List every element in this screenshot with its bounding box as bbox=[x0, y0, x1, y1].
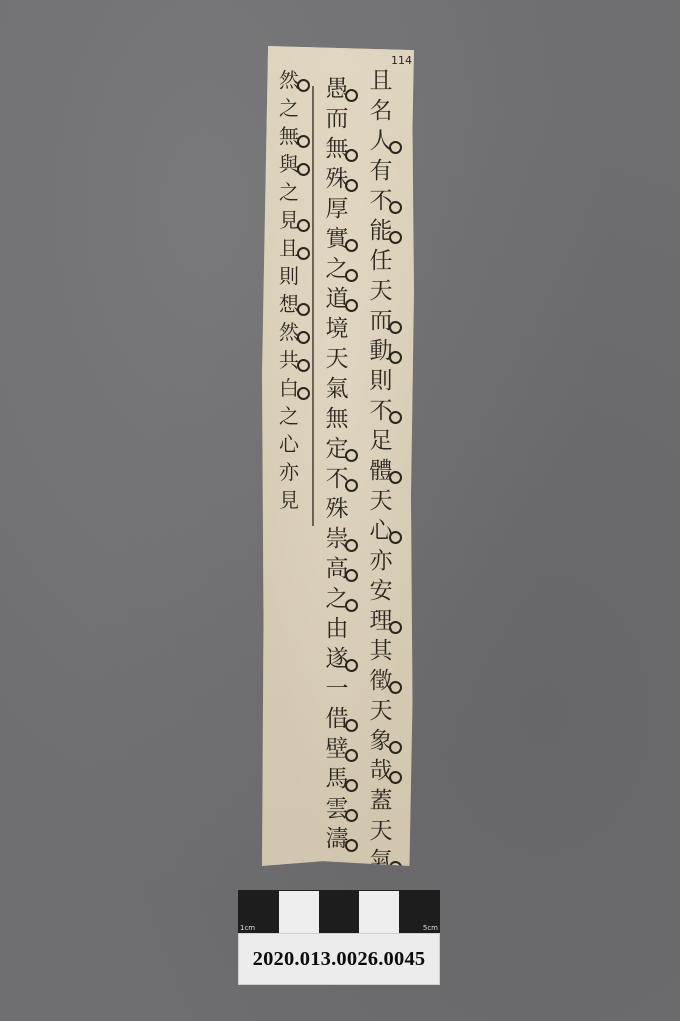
manuscript-character: 不 bbox=[366, 396, 396, 426]
manuscript-character: 且 bbox=[274, 234, 304, 262]
manuscript-character: 之 bbox=[274, 402, 304, 430]
manuscript-character: 殊 bbox=[322, 164, 352, 194]
manuscript-character: 無 bbox=[322, 404, 352, 434]
manuscript-character: 哉 bbox=[366, 756, 396, 786]
scale-segment-1: 1cm bbox=[239, 891, 279, 933]
manuscript-character: 厚 bbox=[322, 194, 352, 224]
manuscript-character: 天 bbox=[366, 486, 396, 516]
manuscript-character: 殊 bbox=[322, 494, 352, 524]
manuscript-character: 氣 bbox=[366, 846, 396, 876]
text-column-right: 且名人有不能任天而動則不足體天心亦安理其徵天象哉蓋天氣難 bbox=[366, 66, 396, 906]
manuscript-character: 遂 bbox=[322, 644, 352, 674]
manuscript-character: 之 bbox=[274, 178, 304, 206]
archival-photograph: 114 且名人有不能任天而動則不足體天心亦安理其徵天象哉蓋天氣難 愚而無殊厚實之… bbox=[0, 0, 680, 1021]
manuscript-character: 高 bbox=[322, 554, 352, 584]
manuscript-character: 天 bbox=[322, 344, 352, 374]
manuscript-character: 不 bbox=[322, 464, 352, 494]
manuscript-character: 能 bbox=[366, 216, 396, 246]
scale-segment-5: 5cm bbox=[399, 891, 439, 933]
ink-stroke-line bbox=[312, 86, 314, 526]
manuscript-character: 足 bbox=[366, 426, 396, 456]
manuscript-character: 安 bbox=[366, 576, 396, 606]
manuscript-character: 蓋 bbox=[366, 786, 396, 816]
manuscript-character: 無 bbox=[274, 122, 304, 150]
manuscript-character: 任 bbox=[366, 246, 396, 276]
manuscript-character: 境 bbox=[322, 314, 352, 344]
manuscript-character: 氣 bbox=[322, 374, 352, 404]
manuscript-character: 動 bbox=[366, 336, 396, 366]
scale-label-end: 5cm bbox=[423, 924, 438, 932]
manuscript-character: 然 bbox=[274, 66, 304, 94]
scale-segment-2 bbox=[279, 891, 319, 933]
scale-label-start: 1cm bbox=[240, 924, 255, 932]
manuscript-character: 道 bbox=[322, 284, 352, 314]
manuscript-character: 理 bbox=[366, 606, 396, 636]
manuscript-character: 一 bbox=[322, 674, 352, 704]
manuscript-character: 白 bbox=[274, 374, 304, 402]
manuscript-character: 見 bbox=[274, 206, 304, 234]
manuscript-character: 之 bbox=[274, 94, 304, 122]
manuscript-character: 亦 bbox=[366, 546, 396, 576]
manuscript-character: 不 bbox=[366, 186, 396, 216]
manuscript-character: 之 bbox=[322, 254, 352, 284]
manuscript-character: 由 bbox=[322, 614, 352, 644]
manuscript-character: 象 bbox=[366, 726, 396, 756]
manuscript-character: 壁 bbox=[322, 734, 352, 764]
manuscript-character: 然 bbox=[274, 318, 304, 346]
catalog-number-label: 2020.013.0026.0045 bbox=[238, 933, 440, 985]
manuscript-character: 想 bbox=[274, 290, 304, 318]
scale-segment-4 bbox=[359, 891, 399, 933]
manuscript-character: 愚 bbox=[322, 74, 352, 104]
manuscript-character: 亦 bbox=[274, 458, 304, 486]
manuscript-character: 有 bbox=[366, 156, 396, 186]
manuscript-character: 且 bbox=[366, 66, 396, 96]
manuscript-character: 天 bbox=[366, 696, 396, 726]
manuscript-character: 則 bbox=[366, 366, 396, 396]
manuscript-character: 心 bbox=[366, 516, 396, 546]
manuscript-character: 與 bbox=[274, 150, 304, 178]
text-column-middle: 愚而無殊厚實之道境天氣無定不殊崇高之由遂一借壁馬雲濤 bbox=[322, 74, 352, 854]
manuscript-character: 天 bbox=[366, 816, 396, 846]
manuscript-character: 見 bbox=[274, 486, 304, 514]
manuscript-character: 實 bbox=[322, 224, 352, 254]
manuscript-character: 則 bbox=[274, 262, 304, 290]
manuscript-character: 雲 bbox=[322, 794, 352, 824]
manuscript-strip: 114 且名人有不能任天而動則不足體天心亦安理其徵天象哉蓋天氣難 愚而無殊厚實之… bbox=[262, 46, 414, 866]
manuscript-character: 其 bbox=[366, 636, 396, 666]
scale-bar: 1cm 5cm bbox=[238, 890, 440, 934]
manuscript-character: 定 bbox=[322, 434, 352, 464]
manuscript-character: 體 bbox=[366, 456, 396, 486]
catalog-number: 2020.013.0026.0045 bbox=[253, 948, 426, 971]
manuscript-character: 而 bbox=[322, 104, 352, 134]
manuscript-character: 共 bbox=[274, 346, 304, 374]
manuscript-character: 無 bbox=[322, 134, 352, 164]
manuscript-character: 天 bbox=[366, 276, 396, 306]
manuscript-character: 之 bbox=[322, 584, 352, 614]
manuscript-character: 名 bbox=[366, 96, 396, 126]
manuscript-character: 崇 bbox=[322, 524, 352, 554]
manuscript-character: 徵 bbox=[366, 666, 396, 696]
manuscript-character: 馬 bbox=[322, 764, 352, 794]
manuscript-character: 濤 bbox=[322, 824, 352, 854]
manuscript-character: 心 bbox=[274, 430, 304, 458]
manuscript-character: 人 bbox=[366, 126, 396, 156]
scale-segment-3 bbox=[319, 891, 359, 933]
manuscript-character: 借 bbox=[322, 704, 352, 734]
text-column-left: 然之無與之見且則想然共白之心亦見 bbox=[274, 66, 304, 514]
manuscript-character: 而 bbox=[366, 306, 396, 336]
